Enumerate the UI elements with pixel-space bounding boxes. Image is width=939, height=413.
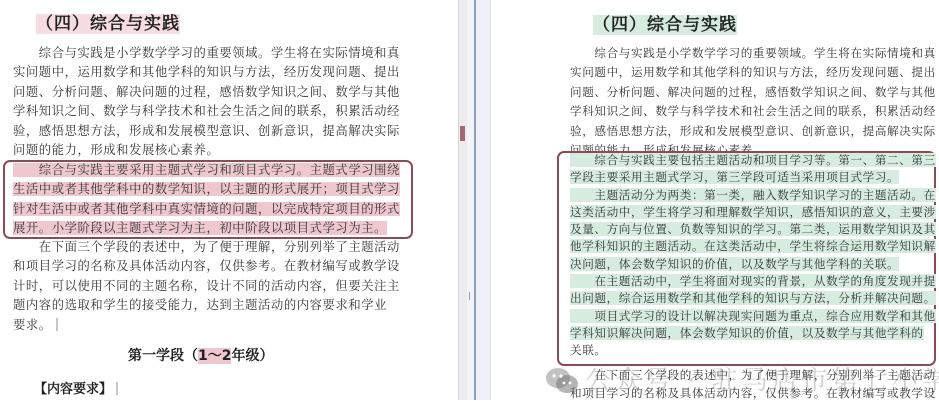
after-paragraph: 在下面三个学段的表述中，为了便于理解，分别列举了主题活动 和项目学习的名称及具体…	[13, 238, 388, 335]
text-line: 验，感悟思想方法，形成和发展模型意识、创新意识，提高解决实际	[13, 122, 388, 141]
text-line: 在下面三个学段的表述中，为了便于理解，分别列举了主题活动	[13, 238, 388, 257]
text-line: 问题的能力，形成和发展核心素养。	[13, 141, 388, 160]
section-title: （四）综合与实践	[593, 10, 737, 35]
text-line: 综合与实践是小学数学学习的重要领域。学生将在实际情境和真	[13, 44, 388, 63]
stage-heading-grade: 1～2	[198, 348, 231, 364]
right-pane-gutter	[476, 0, 491, 400]
stage-heading-prefix: 第一学段（	[128, 348, 198, 364]
inserted-text-line: 及量、方向与位置、负数等知识的学习。第二类，运用数学知识及其	[570, 222, 936, 236]
stage-heading-suffix: 年级）	[231, 348, 273, 364]
inserted-text-line: 这类活动中，学生将学习和理解数学知识，感悟知识的意义，主要涉	[570, 205, 936, 219]
deleted-text-line: 针对生活中或者其他学科中真实情境的问题，以完成特定项目的形式	[13, 202, 400, 216]
text-line: 问题、分析问题、解决问题的过程，感悟数学知识之间、数学与其他	[570, 83, 926, 102]
wechat-icon	[545, 367, 579, 402]
boxed-paragraph-inserted: 综合与实践主要包括主题活动和项目学习等。第一、第二、第三 学段主要采用主题式学习…	[570, 152, 926, 360]
text-cursor	[56, 318, 58, 331]
splitter-grip-icon[interactable]	[469, 292, 475, 300]
inserted-text-line: 综合与实践主要包括主题活动和项目学习等。第一、第二、第三	[570, 153, 936, 167]
inserted-text-line: 出问题，综合运用数学和其他学科的知识与方法，分析并解决问题。	[570, 291, 936, 305]
text-line: 学科知识之间、数学与科学技术和社会生活之间的联系，积累活动经	[570, 102, 926, 121]
text-line: 实问题中，运用数学和其他学科的知识与方法，经历发现问题、提出	[13, 63, 388, 82]
text-line: 计时，可以使用不同的主题名称，设计不同的活动内容，但要关注主	[13, 277, 388, 296]
inserted-text-line: 项目式学习的设计以解决现实问题为重点，综合应用数学和其他	[570, 309, 936, 323]
title-highlight: （四）综合与实践	[36, 14, 180, 34]
section-title: （四）综合与实践	[36, 9, 180, 34]
inserted-text-line: 关联。	[570, 343, 607, 357]
inserted-text-line: 他学科知识的主题活动。在这类活动中，学生将综合运用数学知识解	[570, 239, 936, 253]
right-document-pane[interactable]: （四）综合与实践 综合与实践是小学数学学习的重要领域。学生将在实际情境和真 实问…	[476, 0, 939, 413]
text-line: 验，感悟思想方法，形成和发展模型意识、创新意识，提高解决实际	[570, 122, 926, 141]
inserted-text-line: 学段主要采用主题式学习，第三学段可适当采用项目式学习。	[570, 170, 899, 184]
stage-heading: 第一学段（1～2年级）	[128, 345, 273, 365]
boxed-paragraph-deleted: 综合与实践主要采用主题式学习和项目式学习。主题式学习围绕 生活中或者其他学科中的…	[13, 161, 388, 239]
content-requirement-label: 【内容要求】	[34, 382, 112, 397]
watermark-text: 公众号 · 驻马店市第七小学	[585, 366, 939, 396]
inserted-text-line: 学科知识解决问题，体会数学知识的价值，以及数学与其他学科的	[570, 326, 924, 340]
text-line: 综合与实践是小学数学学习的重要领域。学生将在实际情境和真	[570, 44, 926, 63]
title-highlight: （四）综合与实践	[593, 15, 737, 35]
inserted-text-line: 主题活动分为两类：第一类，融入数学知识学习的主题活动。在	[570, 188, 936, 202]
change-marker[interactable]	[460, 126, 465, 141]
left-document-pane[interactable]: （四）综合与实践 综合与实践是小学数学学习的重要领域。学生将在实际情境和真 实问…	[0, 0, 458, 413]
text-line: 要求。	[13, 318, 52, 332]
text-line: 问题、分析问题、解决问题的过程，感悟数学知识之间、数学与其他	[13, 83, 388, 102]
text-line: 学科知识之间、数学与科学技术和社会生活之间的联系，积累活动经	[13, 102, 388, 121]
content-requirement-heading: 【内容要求】	[34, 378, 118, 397]
inserted-text-line: 决问题，体会数学知识的价值，以及数学与其他学科的关联。	[570, 257, 899, 271]
deleted-text-line: 展开。小学阶段以主题式学习为主，初中阶段以项目式学习为主。	[13, 221, 387, 235]
text-line: 实问题中，运用数学和其他学科的知识与方法，经历发现问题、提出	[570, 63, 926, 82]
pane-splitter[interactable]	[467, 0, 476, 400]
text-line: 题内容的选取和学生的接受能力，达到主题活动的内容要求和学业	[13, 296, 388, 315]
text-cursor	[116, 382, 118, 395]
intro-paragraph: 综合与实践是小学数学学习的重要领域。学生将在实际情境和真 实问题中，运用数学和其…	[13, 44, 388, 160]
deleted-text-line: 综合与实践主要采用主题式学习和项目式学习。主题式学习围绕	[13, 163, 400, 177]
inserted-text-line: 在主题活动中，学生将面对现实的背景，从数学的角度发现并提	[570, 274, 936, 288]
watermark: 公众号 · 驻马店市第七小学	[545, 360, 939, 396]
text-line: 和项目学习的名称及具体活动内容，仅供参考。在教材编写或教学设	[13, 257, 388, 276]
deleted-text-line: 生活中或者其他学科中的数学知识，以主题的形式展开；项目式学习	[13, 182, 400, 196]
intro-paragraph: 综合与实践是小学数学学习的重要领域。学生将在实际情境和真 实问题中，运用数学和其…	[570, 44, 926, 160]
